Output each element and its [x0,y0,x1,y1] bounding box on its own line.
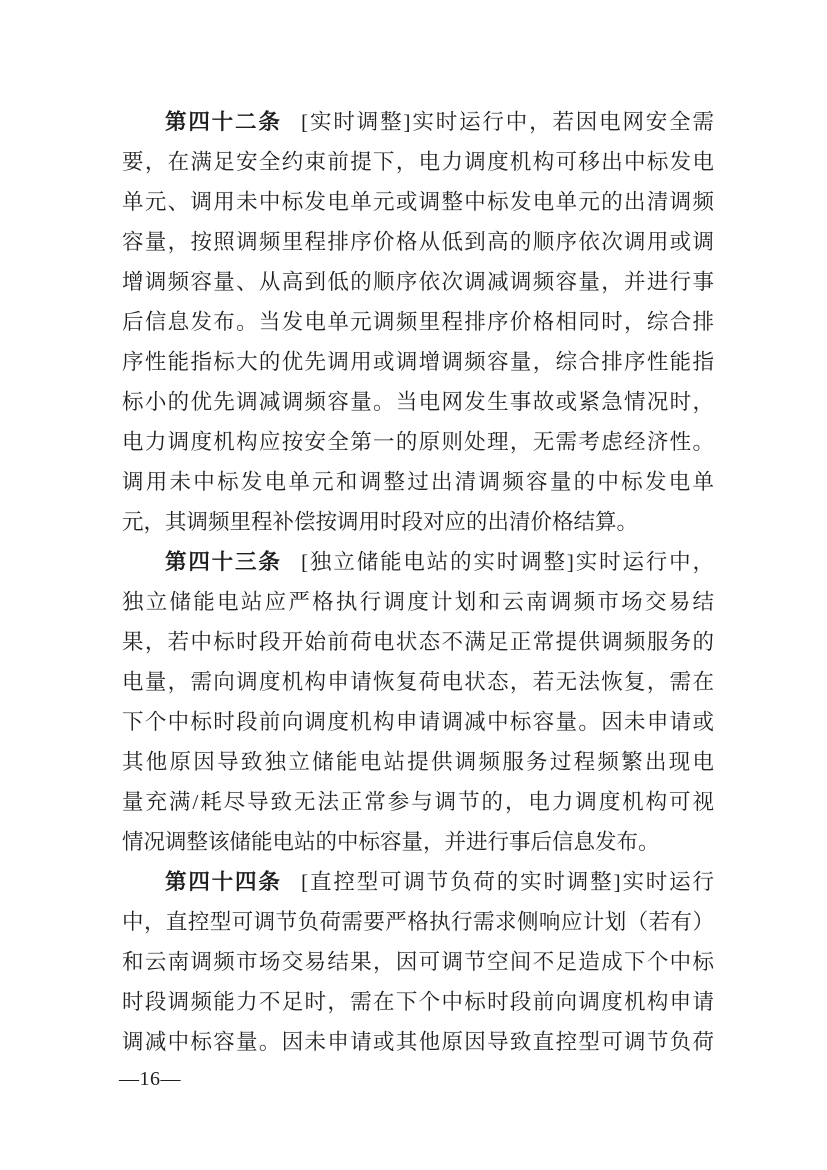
article-43-line: 下个中标时段前向调度机构申请调减中标容量。因未申请或 [122,702,714,742]
article-42-line: 增调频容量、从高到低的顺序依次调减调频容量，并进行事 [122,262,714,302]
article-43-line: 其他原因导致独立储能电站提供调频服务过程频繁出现电 [122,742,714,782]
article-43-heading-line: 第四十三条[独立储能电站的实时调整]实时运行中， [122,542,714,582]
page-number: —16— [119,1066,181,1092]
article-44-line: 调减中标容量。因未申请或其他原因导致直控型可调节负荷 [122,1022,714,1062]
article-43-line: 独立储能电站应严格执行调度计划和云南调频市场交易结 [122,582,714,622]
article-42-line: 后信息发布。当发电单元调频里程排序价格相同时，综合排 [122,302,714,342]
article-43-line: 电量，需向调度机构申请恢复荷电状态，若无法恢复，需在 [122,662,714,702]
article-42-heading-text: [实时调整]实时运行中，若因电网安全需 [301,110,714,134]
article-43-line: 情况调整该储能电站的中标容量，并进行事后信息发布。 [122,822,714,862]
article-43-number: 第四十三条 [165,550,282,574]
article-44-line: 中，直控型可调节负荷需要严格执行需求侧响应计划（若有） [122,902,714,942]
article-42-line: 标小的优先调减调频容量。当电网发生事故或紧急情况时， [122,382,714,422]
article-42-line: 要，在满足安全约束前提下，电力调度机构可移出中标发电 [122,142,714,182]
article-42: 第四十二条[实时调整]实时运行中，若因电网安全需 要，在满足安全约束前提下，电力… [122,102,714,542]
article-43-heading-text: [独立储能电站的实时调整]实时运行中， [301,550,714,574]
article-42-line: 单元、调用未中标发电单元或调整中标发电单元的出清调频 [122,182,714,222]
article-43: 第四十三条[独立储能电站的实时调整]实时运行中， 独立储能电站应严格执行调度计划… [122,542,714,862]
article-42-heading-line: 第四十二条[实时调整]实时运行中，若因电网安全需 [122,102,714,142]
article-42-line: 容量，按照调频里程排序价格从低到高的顺序依次调用或调 [122,222,714,262]
article-42-number: 第四十二条 [165,110,282,134]
article-43-line: 量充满/耗尽导致无法正常参与调节的，电力调度机构可视 [122,782,714,822]
document-body: 第四十二条[实时调整]实时运行中，若因电网安全需 要，在满足安全约束前提下，电力… [122,102,714,1062]
article-44-line: 和云南调频市场交易结果，因可调节空间不足造成下个中标 [122,942,714,982]
article-42-line: 电力调度机构应按安全第一的原则处理，无需考虑经济性。 [122,422,714,462]
article-42-line: 调用未中标发电单元和调整过出清调频容量的中标发电单 [122,462,714,502]
article-44: 第四十四条[直控型可调节负荷的实时调整]实时运行 中，直控型可调节负荷需要严格执… [122,862,714,1062]
article-42-line: 元，其调频里程补偿按调用时段对应的出清价格结算。 [122,502,714,542]
article-44-heading-line: 第四十四条[直控型可调节负荷的实时调整]实时运行 [122,862,714,902]
article-43-line: 果，若中标时段开始前荷电状态不满足正常提供调频服务的 [122,622,714,662]
article-44-number: 第四十四条 [165,870,282,894]
document-page: 第四十二条[实时调整]实时运行中，若因电网安全需 要，在满足安全约束前提下，电力… [0,0,827,1170]
article-44-heading-text: [直控型可调节负荷的实时调整]实时运行 [301,870,714,894]
article-42-line: 序性能指标大的优先调用或调增调频容量，综合排序性能指 [122,342,714,382]
article-44-line: 时段调频能力不足时，需在下个中标时段前向调度机构申请 [122,982,714,1022]
